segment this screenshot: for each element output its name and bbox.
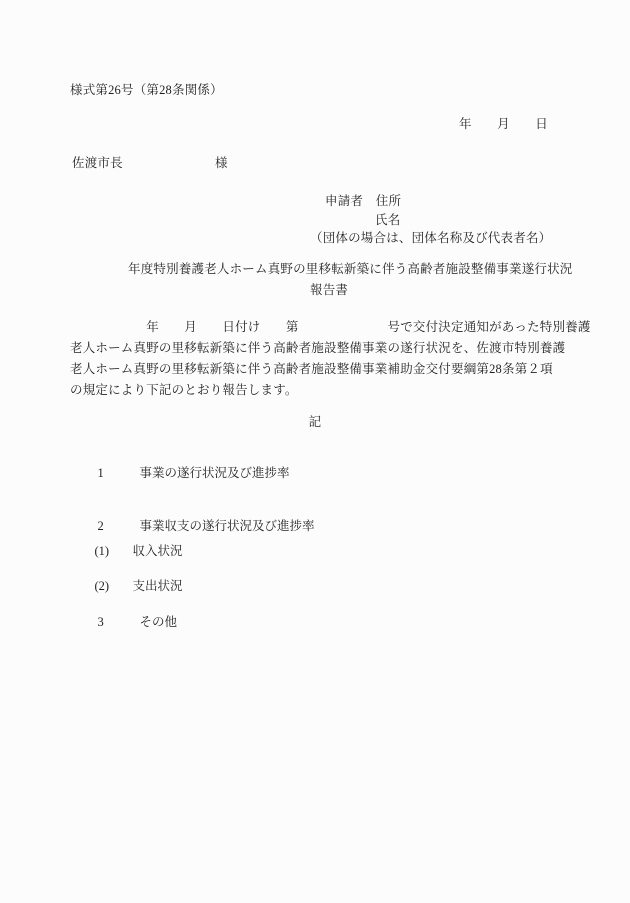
document-title-line2: 報告書: [310, 283, 348, 297]
applicant-address-label: 申請者 住所: [325, 194, 401, 208]
body-paragraph-line4: の規定により下記のとおり報告します。: [70, 383, 298, 397]
list-item-3-label: その他: [140, 615, 178, 629]
applicant-organization-note: （団体の場合は、団体名称及び代表者名）: [310, 231, 551, 245]
list-subitem-2-2-number: (2): [95, 579, 133, 593]
list-subitem-2-1-label: 収入状況: [133, 544, 183, 558]
document-title-line1: 年度特別養護老人ホーム真野の里移転新築に伴う高齢者施設整備事業遂行状況: [128, 262, 573, 276]
list-item-1-label: 事業の遂行状況及び進捗率: [140, 466, 290, 480]
applicant-name-label: 氏名: [375, 213, 400, 227]
document-page: 様式第26号（第28条関係） 年 月 日 佐渡市長 様 申請者 住所 氏名 （団…: [0, 0, 630, 903]
list-subitem-2-1-number: (1): [95, 544, 133, 558]
record-marker: 記: [0, 415, 630, 429]
date-placeholder: 年 月 日: [459, 117, 548, 131]
addressee-honorific: 様: [215, 156, 228, 170]
list-item-1: 1事業の遂行状況及び進捗率: [85, 452, 290, 494]
body-paragraph-line1: 年 月 日付け 第 号で交付決定通知があった特別養護: [70, 320, 591, 334]
list-item-3-number: 3: [98, 615, 140, 629]
list-item-3: 3その他: [85, 601, 177, 643]
addressee-name: 佐渡市長: [72, 156, 123, 170]
list-item-1-number: 1: [98, 466, 140, 480]
body-paragraph-line2: 老人ホーム真野の里移転新築に伴う高齢者施設整備事業の遂行状況を、佐渡市特別養護: [70, 341, 565, 355]
list-subitem-2-2-label: 支出状況: [133, 579, 183, 593]
form-number: 様式第26号（第28条関係）: [70, 83, 223, 97]
body-paragraph-line3: 老人ホーム真野の里移転新築に伴う高齢者施設整備事業補助金交付要綱第28条第２項: [70, 362, 553, 376]
